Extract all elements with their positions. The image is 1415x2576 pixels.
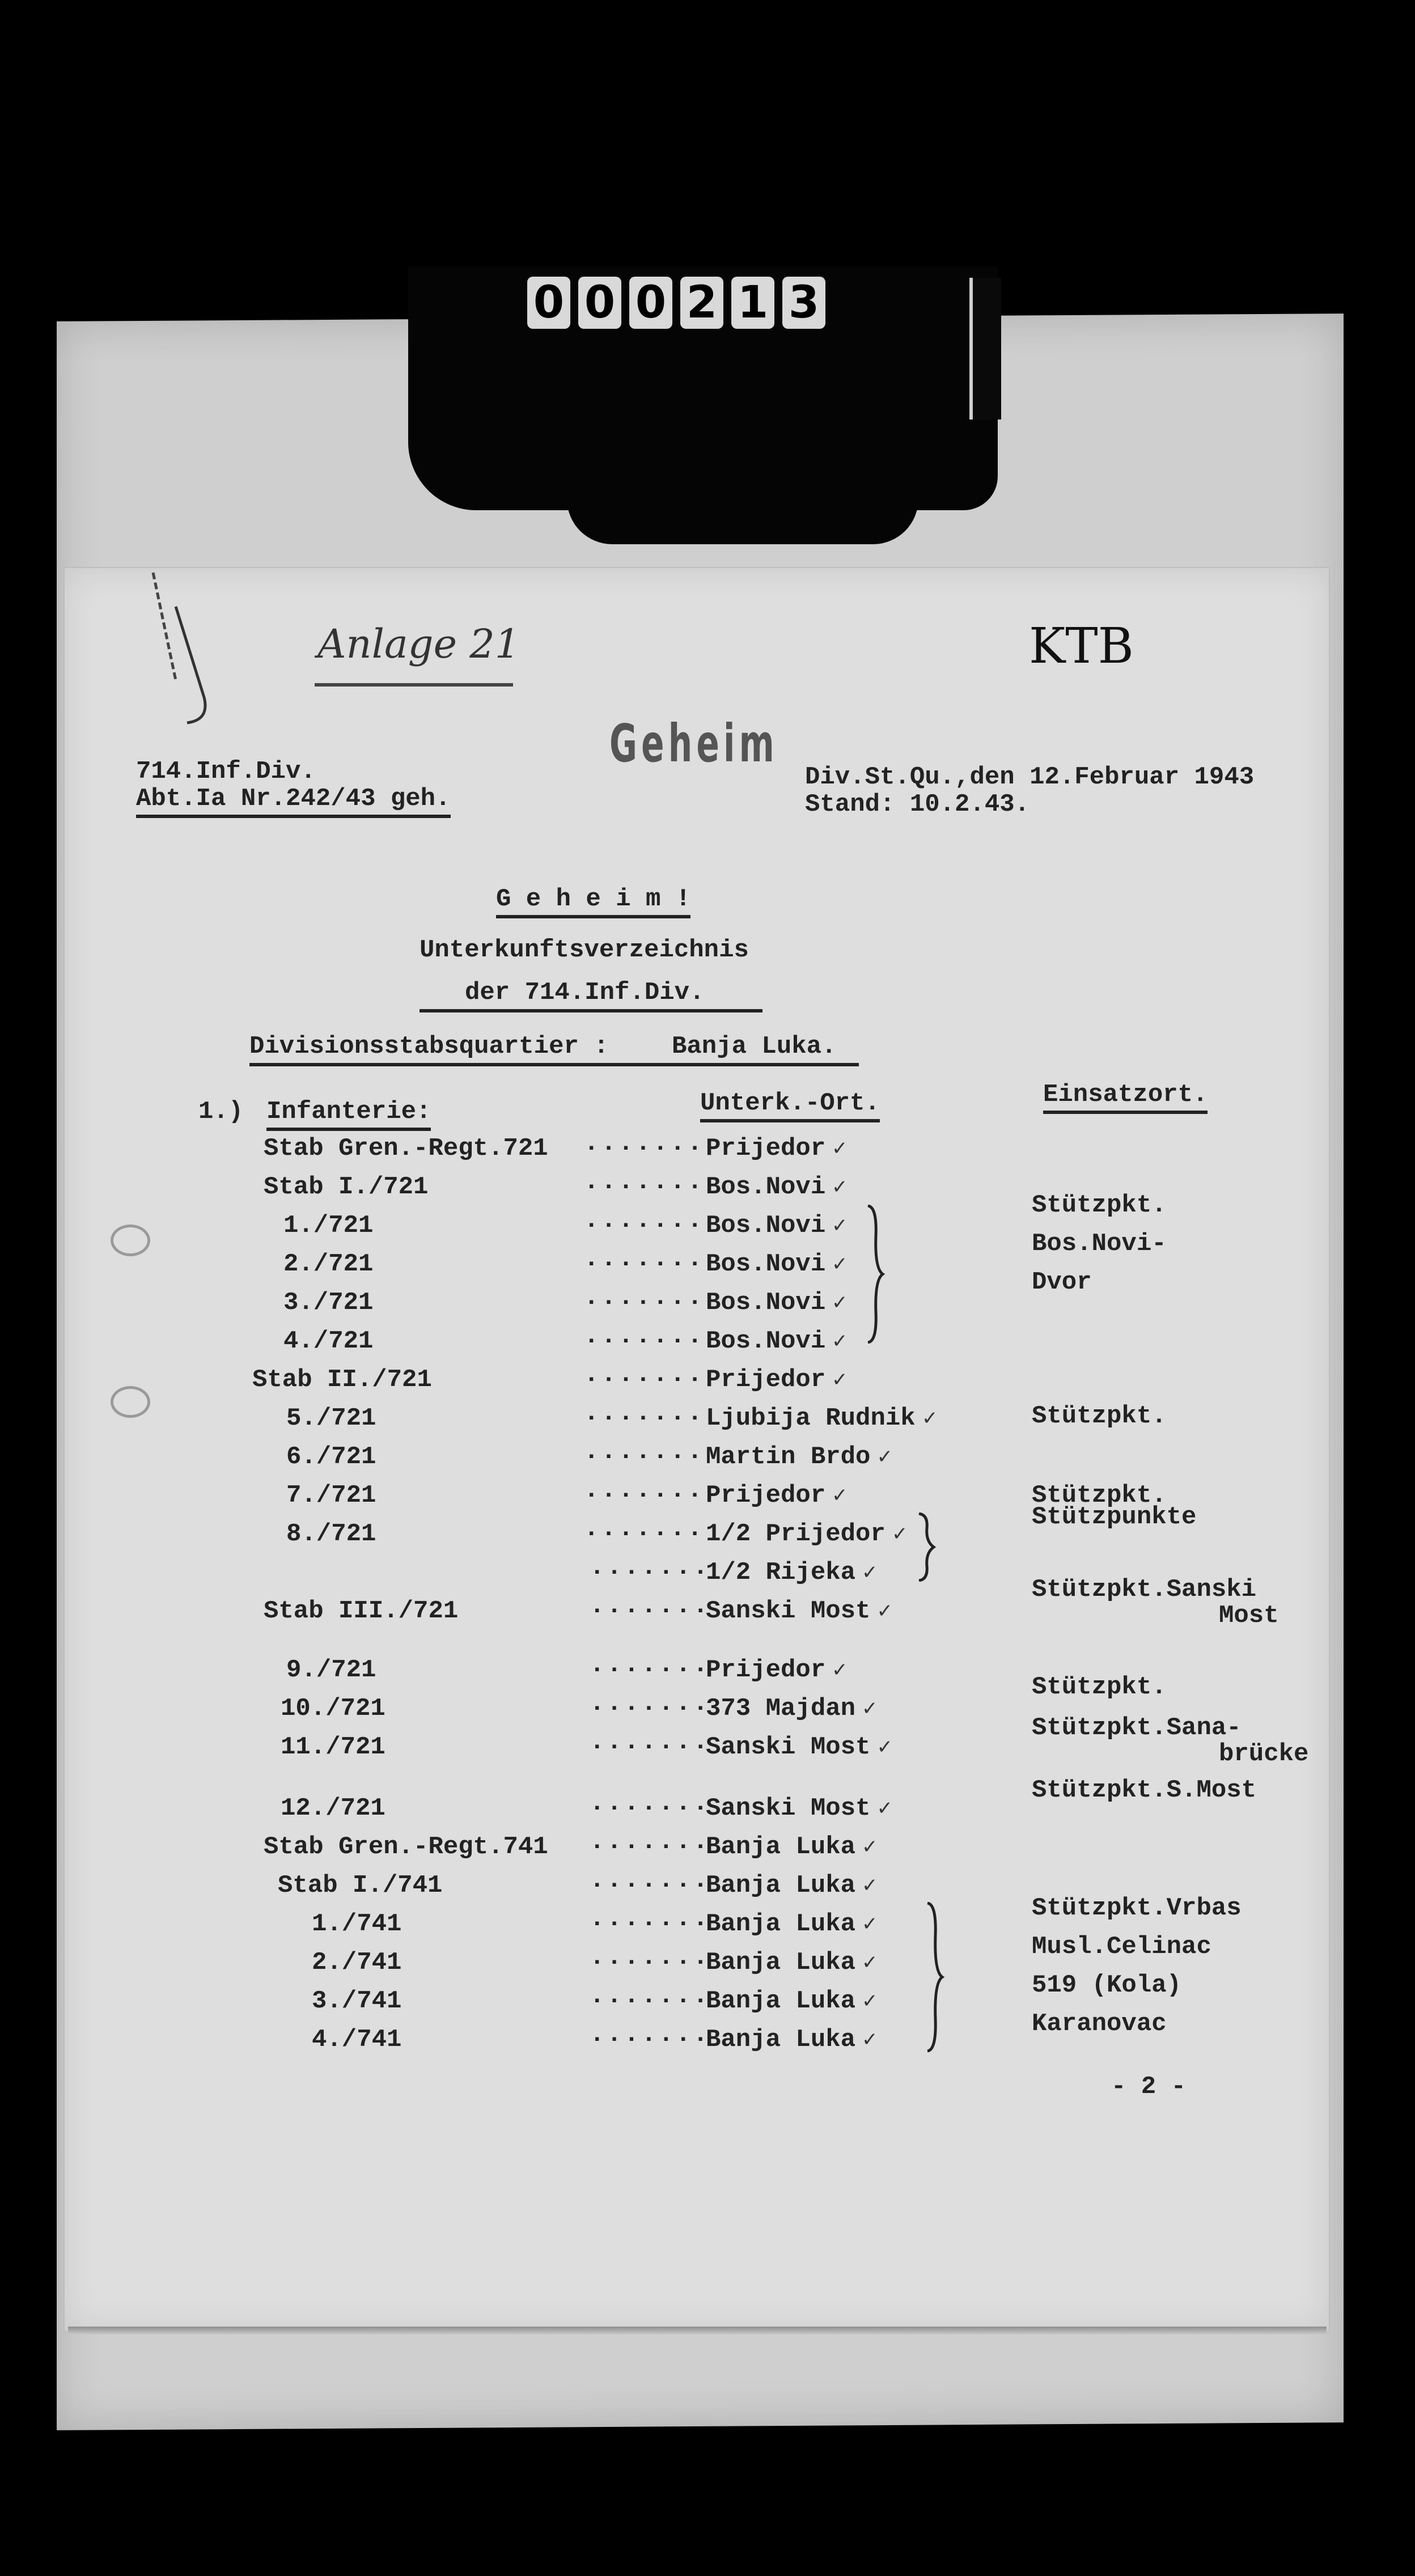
checkmark-icon: ✓ <box>832 1291 848 1314</box>
unit-name: 5./721 <box>286 1404 376 1433</box>
punch-hole-mark <box>111 1225 150 1256</box>
quarters-location: Prijedor <box>706 1134 825 1163</box>
leader-dots: ······· <box>590 1596 710 1626</box>
checkmark-icon: ✓ <box>862 1697 878 1720</box>
checkmark-icon: ✓ <box>877 1446 893 1468</box>
unit-name: 6./721 <box>286 1442 376 1472</box>
checkmark-icon: ✓ <box>862 1951 878 1974</box>
checkmark-icon: ✓ <box>862 1874 878 1897</box>
leader-dots: ······· <box>584 1519 705 1549</box>
frame-counter: 0 0 0 2 1 3 <box>527 277 825 331</box>
quarters-location: Banja Luka <box>706 1909 855 1939</box>
leader-dots: ······· <box>584 1134 705 1163</box>
subtitle-underline <box>420 1009 762 1012</box>
leader-dots: ······· <box>590 1694 710 1723</box>
deployment-location: 519 (Kola) <box>1032 1971 1181 2000</box>
unit-name: 4./721 <box>283 1327 373 1356</box>
checkmark-icon: ✓ <box>862 1913 878 1935</box>
unit-name: Stab II./721 <box>252 1365 432 1395</box>
quarters-location: Banja Luka <box>706 1948 855 1977</box>
pencil-mark-icon <box>142 567 244 737</box>
deployment-location: Most <box>1219 1601 1279 1630</box>
quarters-location: Sanski Most <box>706 1794 870 1823</box>
checkmark-icon: ✓ <box>832 1330 848 1353</box>
counter-digit: 1 <box>731 277 774 329</box>
quarters-location: Prijedor <box>706 1365 825 1395</box>
leader-dots: ······· <box>590 1655 710 1685</box>
unit-name: 1./721 <box>283 1211 373 1240</box>
sheet-edge-shadow <box>68 2327 1327 2334</box>
unit-name: 1./741 <box>312 1909 401 1939</box>
quarters-location: Bos.Novi <box>706 1288 825 1317</box>
leader-dots: ······· <box>584 1327 705 1356</box>
unit-name: Stab I./741 <box>278 1871 442 1900</box>
unit-name: Stab I./721 <box>264 1172 428 1202</box>
classification-heading: G e h e i m ! <box>496 884 690 918</box>
leader-dots: ······· <box>590 1832 710 1862</box>
checkmark-icon: ✓ <box>892 1523 908 1545</box>
document-subtitle: der 714.Inf.Div. <box>465 978 704 1007</box>
leader-dots: ······· <box>590 2025 710 2054</box>
quarters-location: Sanski Most <box>706 1732 870 1762</box>
unit-name: 3./741 <box>312 1986 401 2016</box>
quarters-location: Prijedor <box>706 1481 825 1510</box>
checkmark-icon: ✓ <box>832 1176 848 1198</box>
leader-dots: ······· <box>590 1794 710 1823</box>
checkmark-icon: ✓ <box>862 1836 878 1858</box>
deployment-location: brücke <box>1219 1739 1308 1769</box>
unit-name: 4./741 <box>312 2025 401 2054</box>
unit-name: 2./721 <box>283 1249 373 1279</box>
reference-number: Abt.Ia Nr.242/43 geh. <box>136 784 451 818</box>
leader-dots: ······· <box>590 1986 710 2016</box>
unit-name: 11./721 <box>281 1732 385 1762</box>
checkmark-icon: ✓ <box>832 1137 848 1160</box>
deployment-location: Stützpkt.Sana- <box>1032 1713 1242 1743</box>
handwritten-ktb-mark: KTB <box>1029 618 1134 675</box>
leader-dots: ······· <box>590 1558 710 1587</box>
leader-dots: ······· <box>584 1288 705 1317</box>
column-header-deployment: Einsatzort. <box>1043 1080 1208 1114</box>
handwritten-annex-note: Anlage 21 <box>317 621 520 667</box>
deployment-location: Stützpkt. <box>1032 1672 1167 1702</box>
checkmark-icon: ✓ <box>877 1600 893 1622</box>
deployment-location: Dvor <box>1032 1268 1092 1297</box>
unit-name: 2./741 <box>312 1948 401 1977</box>
counter-digit: 0 <box>629 277 672 329</box>
unit-name: 8./721 <box>286 1519 376 1549</box>
column-header-quarters: Unterk.-Ort. <box>700 1088 880 1122</box>
frame-counter-device-base <box>567 499 918 544</box>
page-number: - 2 - <box>1111 2072 1186 2102</box>
leader-dots: ······· <box>584 1481 705 1510</box>
quarters-location: Bos.Novi <box>706 1211 825 1240</box>
leader-dots: ······· <box>590 1909 710 1939</box>
deployment-location: Stützpkt.Sanski <box>1032 1575 1256 1604</box>
quarters-location: Banja Luka <box>706 1871 855 1900</box>
checkmark-icon: ✓ <box>832 1253 848 1276</box>
unit-name: Stab Gren.-Regt.741 <box>264 1832 548 1862</box>
leader-dots: ······· <box>584 1172 705 1202</box>
counter-digit: 0 <box>527 277 570 329</box>
checkmark-icon: ✓ <box>877 1736 893 1759</box>
checkmark-icon: ✓ <box>832 1214 848 1237</box>
deployment-location: Stützpkt.Vrbas <box>1032 1893 1242 1923</box>
quarters-location: 1/2 Prijedor <box>706 1519 886 1549</box>
deployment-location: Karanovac <box>1032 2009 1167 2039</box>
quarters-location: Prijedor <box>706 1655 825 1685</box>
device-clip <box>969 278 1001 420</box>
section-number: 1.) <box>198 1097 243 1126</box>
quarters-location: Ljubija Rudnik <box>706 1404 916 1433</box>
issuing-unit: 714.Inf.Div. <box>136 757 316 786</box>
checkmark-icon: ✓ <box>877 1797 893 1820</box>
section-title: Infanterie: <box>266 1097 431 1131</box>
punch-hole-mark <box>111 1386 150 1418</box>
quarters-location: Bos.Novi <box>706 1327 825 1356</box>
deployment-location: Musl.Celinac <box>1032 1932 1211 1961</box>
brace-icon <box>924 1902 947 2052</box>
leader-dots: ······· <box>584 1249 705 1279</box>
leader-dots: ······· <box>590 1948 710 1977</box>
unit-name: 10./721 <box>281 1694 385 1723</box>
leader-dots: ······· <box>590 1732 710 1762</box>
leader-dots: ······· <box>584 1211 705 1240</box>
checkmark-icon: ✓ <box>922 1407 938 1430</box>
deployment-location: Stützpkt. <box>1032 1401 1167 1431</box>
hq-value: Banja Luka. <box>672 1032 836 1061</box>
brace-icon <box>916 1512 938 1582</box>
quarters-location: Bos.Novi <box>706 1172 825 1202</box>
quarters-location: 373 Majdan <box>706 1694 855 1723</box>
hq-underline <box>249 1063 859 1066</box>
leader-dots: ······· <box>590 1871 710 1900</box>
counter-digit: 3 <box>782 277 825 329</box>
geheim-stamp: Geheim <box>609 713 778 774</box>
hq-label: Divisionsstabsquartier : <box>249 1032 609 1061</box>
unit-name: 3./721 <box>283 1288 373 1317</box>
unit-name: Stab Gren.-Regt.721 <box>264 1134 548 1163</box>
checkmark-icon: ✓ <box>832 1484 848 1507</box>
deployment-location: Stützpkt. <box>1032 1190 1167 1220</box>
deployment-location: Stützpkt.S.Most <box>1032 1776 1256 1805</box>
quarters-location: Bos.Novi <box>706 1249 825 1279</box>
checkmark-icon: ✓ <box>862 1561 878 1584</box>
checkmark-icon: ✓ <box>862 1990 878 2012</box>
leader-dots: ······· <box>584 1365 705 1395</box>
counter-digit: 2 <box>680 277 723 329</box>
deployment-location: Stützpunkte <box>1032 1502 1196 1532</box>
unit-name: 7./721 <box>286 1481 376 1510</box>
handwritten-underline <box>315 683 513 687</box>
unit-name: Stab III./721 <box>264 1596 458 1626</box>
quarters-location: Banja Luka <box>706 2025 855 2054</box>
quarters-location: Banja Luka <box>706 1986 855 2016</box>
brace-icon <box>865 1205 887 1344</box>
quarters-location: Banja Luka <box>706 1832 855 1862</box>
quarters-location: Martin Brdo <box>706 1442 870 1472</box>
counter-digit: 0 <box>578 277 621 329</box>
checkmark-icon: ✓ <box>832 1368 848 1391</box>
unit-name: 12./721 <box>281 1794 385 1823</box>
unit-name: 9./721 <box>286 1655 376 1685</box>
leader-dots: ······· <box>584 1442 705 1472</box>
checkmark-icon: ✓ <box>862 2028 878 2051</box>
quarters-location: Sanski Most <box>706 1596 870 1626</box>
place-date: Div.St.Qu.,den 12.Februar 1943 <box>805 762 1254 792</box>
deployment-location: Bos.Novi- <box>1032 1229 1167 1259</box>
checkmark-icon: ✓ <box>832 1659 848 1681</box>
quarters-location: 1/2 Rijeka <box>706 1558 855 1587</box>
document-title: Unterkunftsverzeichnis <box>420 935 749 965</box>
leader-dots: ······· <box>584 1404 705 1433</box>
as-of-date: Stand: 10.2.43. <box>805 790 1030 819</box>
